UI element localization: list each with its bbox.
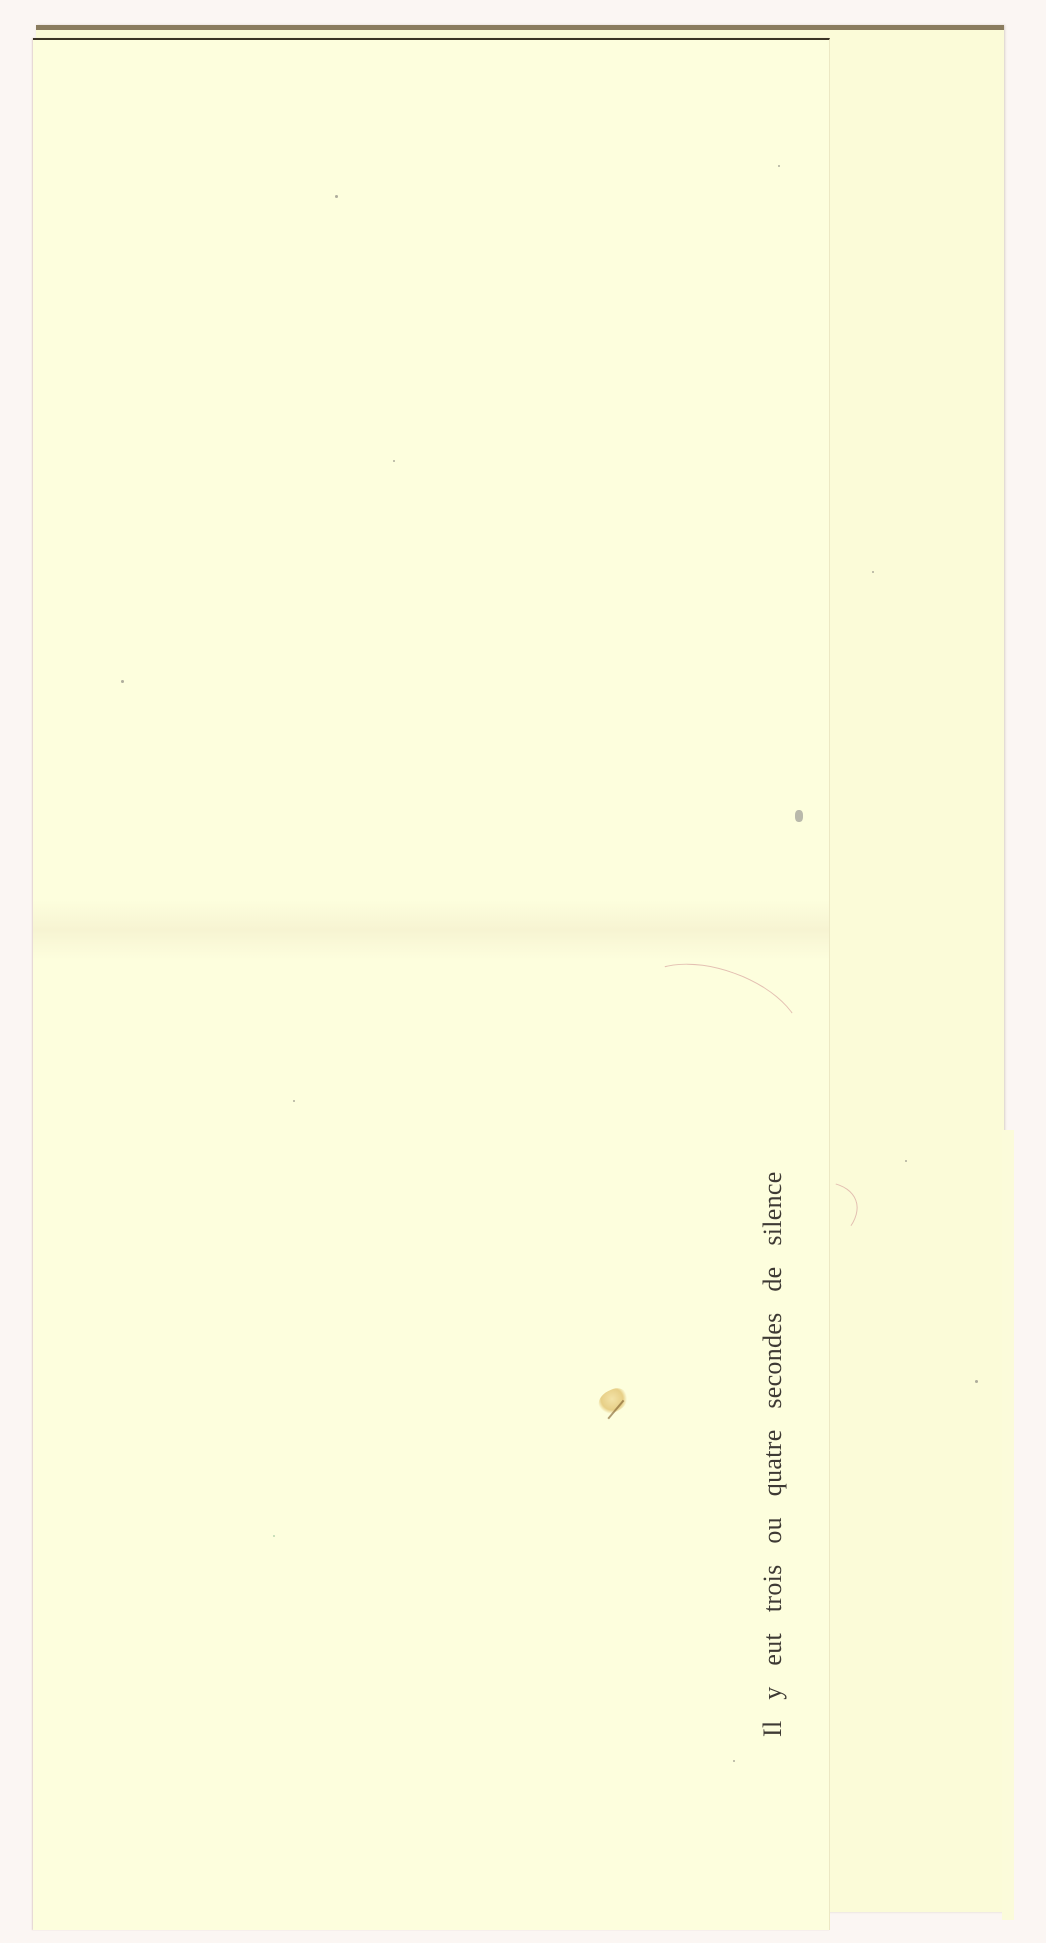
paper-fiber	[622, 943, 815, 1088]
front-page: Il y eut trois ou quatre secondes de sil…	[33, 38, 830, 1930]
paper-fold-shade	[33, 900, 829, 960]
paper-speck	[335, 195, 338, 198]
vertical-text-line: Il y eut trois ou quatre secondes de sil…	[758, 1171, 788, 1737]
paper-speck	[733, 1760, 735, 1762]
glue-stain	[595, 1385, 631, 1418]
paper-speck	[905, 1160, 907, 1162]
paper-speck	[293, 1100, 295, 1102]
paper-speck	[975, 1380, 978, 1383]
paper-speck	[795, 810, 803, 822]
paper-speck	[778, 165, 780, 167]
paper-speck	[273, 1535, 275, 1537]
paper-speck	[872, 571, 874, 573]
paper-speck	[121, 680, 124, 683]
paper-speck	[393, 460, 395, 462]
